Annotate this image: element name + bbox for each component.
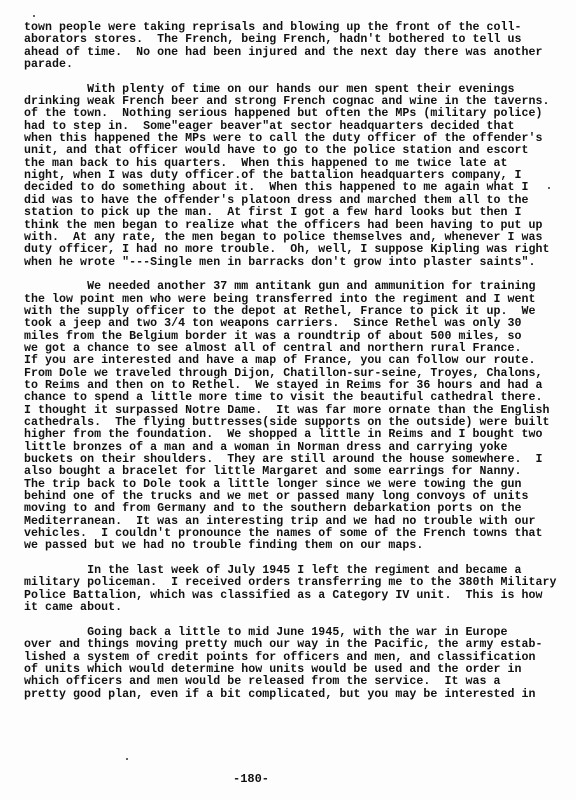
scan-speck <box>126 758 128 760</box>
text-line: also bought a bracelet for little Margar… <box>24 466 564 478</box>
text-line: took a jeep and two 3/4 ton weapons carr… <box>24 318 564 330</box>
text-line: think the men began to realize what the … <box>24 220 564 232</box>
paragraph-gap <box>24 71 564 83</box>
text-line: decided to do something about it. When t… <box>24 182 564 194</box>
paragraph: In the last week of July 1945 I left the… <box>24 565 564 614</box>
paragraph-gap <box>24 615 564 627</box>
text-line: pretty good plan, even if a bit complica… <box>24 689 564 701</box>
text-line: unit, and that officer would have to go … <box>24 145 564 157</box>
page-number: -180- <box>233 772 269 786</box>
text-line: when he wrote "---Single men in barracks… <box>24 257 564 269</box>
document-page: town people were taking reprisals and bl… <box>0 0 576 800</box>
scan-speck <box>33 15 35 17</box>
text-line: moving to and from Germany and to the so… <box>24 503 564 515</box>
text-line: parade. <box>24 59 564 71</box>
text-line: over and things moving pretty much our w… <box>24 639 564 651</box>
text-line: military policeman. I received orders tr… <box>24 577 564 589</box>
text-line: chance to spend a little more time to vi… <box>24 392 564 404</box>
text-line: ahead of time. No one had been injured a… <box>24 47 564 59</box>
text-line: we passed but we had no trouble finding … <box>24 540 564 552</box>
text-line: If you are interested and have a map of … <box>24 355 564 367</box>
text-line: of the town. Nothing serious happened bu… <box>24 108 564 120</box>
text-line: which officers and men would be released… <box>24 676 564 688</box>
text-line: aborators stores. The French, being Fren… <box>24 34 564 46</box>
paragraph: Going back a little to mid June 1945, wi… <box>24 627 564 701</box>
text-line: We needed another 37 mm antitank gun and… <box>24 281 564 293</box>
text-line: it came about. <box>24 602 564 614</box>
text-line: duty officer, I had no more trouble. Oh,… <box>24 244 564 256</box>
document-body: town people were taking reprisals and bl… <box>24 22 564 701</box>
text-line: station to pick up the man. At first I g… <box>24 207 564 219</box>
text-line: higher from the foundation. We shopped a… <box>24 429 564 441</box>
paragraph: We needed another 37 mm antitank gun and… <box>24 281 564 553</box>
paragraph: With plenty of time on our hands our men… <box>24 84 564 269</box>
paragraph: town people were taking reprisals and bl… <box>24 22 564 71</box>
